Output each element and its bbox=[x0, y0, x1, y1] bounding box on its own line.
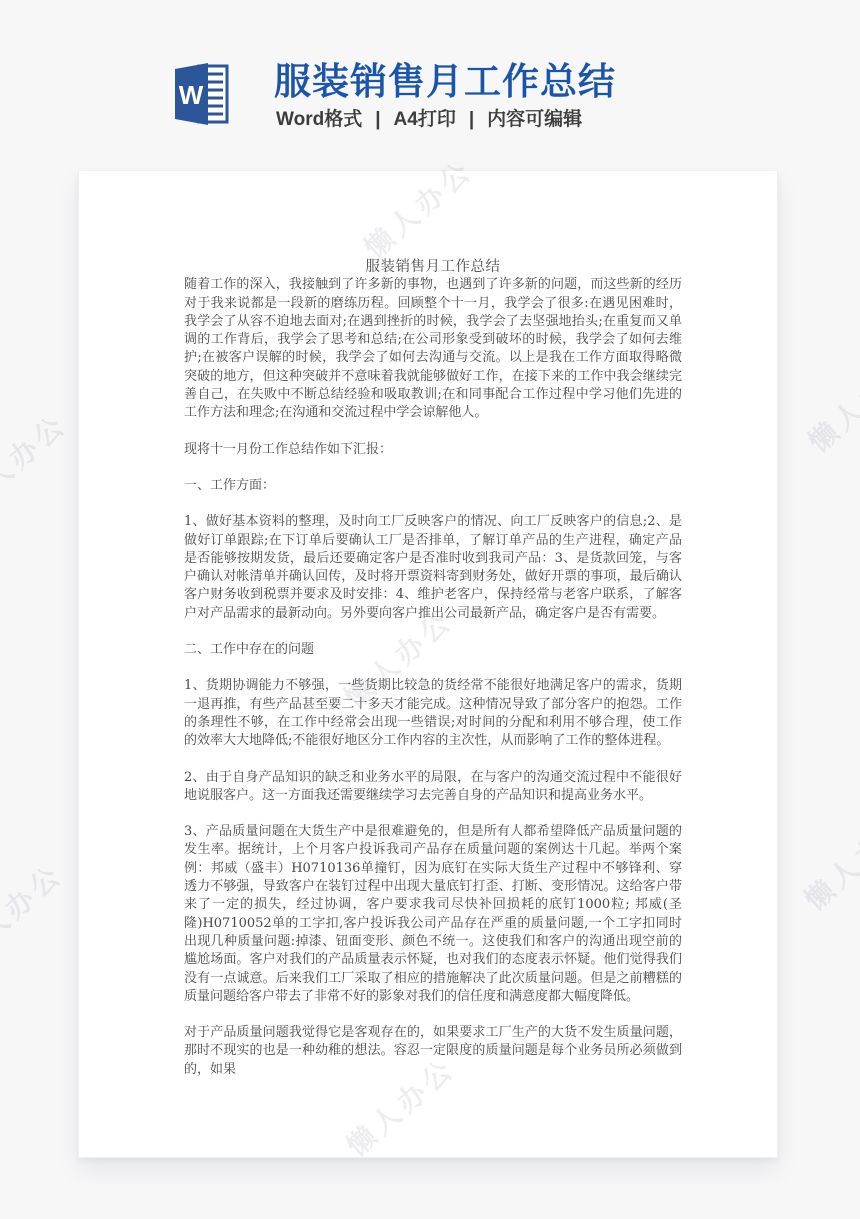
doc-paragraph: 1、做好基本资料的整理，及时向工厂反映客户的情况、向工厂反映客户的信息;2、是做… bbox=[184, 513, 682, 623]
feature-separator: | bbox=[469, 109, 474, 130]
word-file-icon: W bbox=[170, 57, 232, 131]
doc-paragraph: 3、产品质量问题在大货生产中是很难避免的，但是所有人都希望降低产品质量问题的发生… bbox=[184, 823, 682, 1006]
watermark: 懒人办公 bbox=[799, 344, 860, 461]
watermark: 懒人办公 bbox=[0, 404, 75, 521]
feature-format: Word格式 bbox=[276, 109, 362, 130]
doc-section-heading: 二、工作中存在的问题 bbox=[184, 641, 682, 659]
feature-editable: 内容可编辑 bbox=[487, 109, 582, 130]
document-content: 服装销售月工作总结 随着工作的深入，我接触到了许多新的事物，也遇到了许多新的问题… bbox=[184, 258, 682, 1079]
document-title: 服装销售月工作总结 bbox=[184, 258, 682, 276]
doc-section-heading: 一、工作方面： bbox=[184, 477, 682, 495]
watermark: 懒人办公 bbox=[795, 802, 860, 919]
page-title: 服装销售月工作总结 bbox=[274, 51, 616, 105]
doc-paragraph: 对于产品质量问题我觉得它是客观存在的，如果要求工厂生产的大货不发生质量问题，那时… bbox=[184, 1024, 682, 1079]
feature-separator: | bbox=[375, 109, 380, 130]
document-preview-page: 服装销售月工作总结 随着工作的深入，我接触到了许多新的事物，也遇到了许多新的问题… bbox=[78, 170, 778, 1158]
word-icon-letter: W bbox=[179, 80, 204, 110]
file-features: Word格式|A4打印|内容可编辑 bbox=[276, 104, 582, 131]
watermark: 懒人办公 bbox=[0, 854, 71, 971]
doc-paragraph: 现将十一月份工作总结作如下汇报： bbox=[184, 441, 682, 459]
doc-paragraph: 随着工作的深入，我接触到了许多新的事物，也遇到了许多新的问题，而这些新的经历对于… bbox=[184, 276, 682, 422]
doc-paragraph: 1、货期协调能力不够强，一些货期比较急的货经常不能很好地满足客户的需求，货期一退… bbox=[184, 677, 682, 750]
feature-print: A4打印 bbox=[394, 109, 456, 130]
doc-paragraph: 2、由于自身产品知识的缺乏和业务水平的局限，在与客户的沟通交流过程中不能很好地说… bbox=[184, 769, 682, 806]
